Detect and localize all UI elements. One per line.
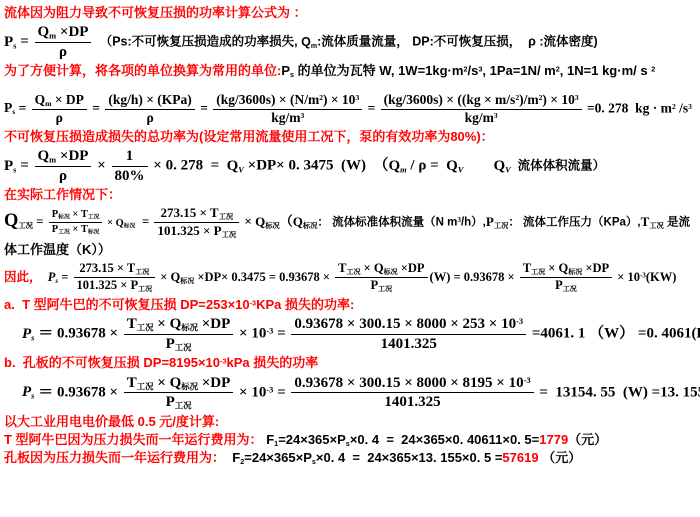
text-run: (kg/3600s) × (N/m: [216, 92, 319, 107]
numerator: T工况 × Q标况 ×DP: [520, 262, 612, 279]
variable-base: F: [266, 432, 274, 447]
variable-base: Q: [116, 218, 124, 229]
text-run: 以大工业用电电价最低 0.5 元/度计算:: [4, 414, 219, 429]
formula-ps-80: Ps = Qm ×DPρ × 180% × 0. 278 = QV ×DP× 0…: [4, 148, 696, 184]
variable-base: T: [127, 261, 135, 275]
variable-with-subscript: T工况: [127, 261, 149, 275]
denominator: P工况: [335, 278, 427, 294]
text-run: ＝ 0.93678 ×: [34, 326, 121, 342]
fraction: T工况 × Q标况 ×DPP工况: [124, 375, 234, 411]
denominator: kg/m3: [213, 110, 362, 126]
variable-base: Q: [4, 210, 18, 230]
text-run: a. T 型阿牛巴的不可恢复压损 DP=253×10: [4, 297, 250, 312]
superscript: -3: [516, 317, 523, 326]
text-run: / ρ =: [407, 158, 447, 174]
text-run: ρ: [59, 168, 67, 184]
variable-with-subscript: P工况: [166, 336, 192, 352]
denominator: 1401.325: [291, 335, 526, 353]
variable-base: P: [131, 278, 139, 292]
subscript: 标况: [88, 230, 100, 236]
text-run: ×: [157, 270, 170, 284]
subscript: 工况: [563, 285, 577, 293]
variable-with-subscript: P工况: [131, 278, 153, 292]
text-run: （元）: [568, 432, 607, 447]
text-run: =24×365×: [244, 450, 303, 465]
text-run: （: [280, 214, 293, 229]
subscript: 标况: [58, 215, 70, 221]
text-run: 为了方便计算，将各项的单位换算为常用的单位:: [4, 63, 281, 78]
fraction: P标况 × T工况P工况 × T标况: [49, 209, 103, 236]
variable-with-subscript: P工况: [555, 278, 577, 292]
subscript: 工况: [135, 268, 149, 276]
text-run: ×: [70, 224, 81, 235]
actual-condition-note: 在实际工作情况下：: [4, 187, 696, 203]
superscript: -3: [524, 376, 531, 385]
annual-cost-b: 孔板因为压力损失而一年运行费用为： F2=24×365×Ps×0. 4 = 24…: [4, 450, 696, 466]
text-run: × 10: [235, 384, 266, 400]
text-run: kg/m: [271, 110, 300, 125]
variable-with-subscript: Ps: [4, 158, 16, 174]
subscript: 工况: [531, 268, 545, 276]
superscript: 3: [575, 93, 579, 102]
variable-with-subscript: QV: [227, 158, 244, 174]
variable-with-subscript: F1: [266, 432, 278, 447]
text-run: /s: [468, 63, 479, 78]
numerator: (kg/3600s) × ((kg × m/s2)/m2) × 103: [381, 93, 582, 110]
numerator: Qm ×DP: [35, 148, 92, 167]
subscript: 标况: [181, 324, 198, 333]
fraction: T工况 × Q标况 ×DPP工况: [124, 316, 234, 352]
text-run: ＝ 0.93678 ×: [34, 384, 121, 400]
text-run: b. 孔板的不可恢复压损 DP=8195×10: [4, 355, 220, 370]
subscript: 工况: [138, 285, 152, 293]
denominator: kg/m3: [381, 110, 582, 126]
denominator: 101.325 × P工况: [154, 223, 239, 239]
variable-base: P: [4, 34, 13, 50]
variable-with-subscript: Q标况: [374, 261, 398, 275]
variable-base: P: [22, 384, 31, 400]
text-run: 孔板因为压力损失而一年运行费用为：: [4, 450, 225, 465]
calculation-document: 流体因为阻力导致不可恢复压损的功率计算公式为 ：Ps = Qm ×DPρ （Ps…: [4, 5, 696, 467]
text-run: =4061. 1 （W） =0. 4061(KW): [528, 326, 700, 342]
text-run: =: [364, 100, 378, 115]
variable-base: P: [22, 326, 31, 342]
variable-with-subscript: Q标况: [558, 261, 582, 275]
subscript: 标况: [265, 222, 280, 230]
text-run: 在实际工作情况下：: [4, 187, 121, 202]
text-run: ρ: [146, 110, 153, 125]
text-run: ×: [154, 316, 170, 332]
subscript: 工况: [88, 215, 100, 221]
fraction: Qm × DPρ: [32, 93, 87, 126]
variable-base: T: [127, 316, 137, 332]
denominator: ρ: [32, 110, 87, 126]
text-run: （Ps:不可恢复压损造成的功率损失,: [93, 35, 301, 49]
text-run: × 10: [235, 326, 266, 342]
text-run: 80%: [115, 168, 145, 184]
denominator: ρ: [35, 167, 92, 185]
formula-therefore: 因此， Ps = 273.15 × T工况101.325 × P工况 × Q标况…: [4, 262, 696, 294]
variable-base: Q: [170, 316, 182, 332]
variable-base: Q: [293, 214, 303, 229]
text-run: =24×365×: [278, 432, 337, 447]
text-run: ×: [545, 261, 558, 275]
denominator: 101.325 × P工况: [74, 278, 156, 294]
variable-base: Q: [446, 158, 458, 174]
text-run: ： 流体标准体积流量（N m: [317, 217, 457, 229]
fraction: 0.93678 × 300.15 × 8000 × 253 × 10-31401…: [291, 316, 526, 352]
denominator: P工况: [124, 393, 234, 411]
text-run: ×DP: [198, 316, 230, 332]
subscript: 工况: [175, 402, 192, 411]
case-b-title: b. 孔板的不可恢复压损 DP=8195×10-3kPa 损失的功率: [4, 355, 696, 371]
variable-base: Q: [374, 261, 384, 275]
text-run: , 1N=1 kg·m/ s: [560, 63, 651, 78]
variable-with-subscript: Q标况: [255, 214, 280, 229]
text-run: kPa 损失的功率: [226, 355, 318, 370]
numerator: 1: [112, 148, 148, 167]
variable-with-subscript: T工况: [210, 205, 233, 220]
text-run: 1779: [539, 432, 568, 447]
text-run: kg/m: [465, 110, 494, 125]
text-run: 1401.325: [384, 394, 440, 410]
denominator: 1401.325: [291, 393, 533, 411]
subscript: 工况: [219, 213, 234, 221]
variable-with-subscript: Q标况: [170, 375, 198, 391]
formula-case-a: Ps ＝ 0.93678 × T工况 × Q标况 ×DPP工况 × 10-3 =…: [4, 316, 696, 352]
variable-with-subscript: Ps: [281, 63, 294, 78]
text-run: (KW): [646, 270, 677, 284]
text-run: 273.15 ×: [160, 205, 209, 220]
variable-base: P: [166, 336, 175, 352]
subscript: 标况: [384, 268, 398, 276]
text-run: 体工作温度（K））: [4, 242, 111, 257]
text-run: ×DP: [582, 261, 609, 275]
numerator: (kg/3600s) × (N/m2) × 103: [213, 93, 362, 110]
text-run: =: [33, 214, 47, 229]
text-run: ×DP: [56, 148, 88, 164]
text-run: ) × 10: [542, 92, 574, 107]
variable-with-subscript: T标况: [81, 224, 100, 235]
subscript: 工况: [649, 222, 664, 230]
text-run: ×DP: [398, 261, 425, 275]
variable-base: Q: [493, 158, 505, 174]
fraction: T工况 × Q标况 ×DPP工况: [335, 262, 427, 294]
text-run: =: [273, 326, 289, 342]
variable-with-subscript: T工况: [338, 261, 360, 275]
text-run: 273.15 ×: [79, 261, 127, 275]
numerator: Qm ×DP: [35, 24, 92, 43]
denominator: P工况: [124, 335, 234, 353]
variable-with-subscript: Ps: [48, 270, 58, 284]
text-run: 57619: [502, 450, 538, 465]
subscript: 工况: [222, 231, 237, 239]
text-run: ×: [361, 261, 374, 275]
variable-base: P: [4, 158, 13, 174]
text-run: （元）: [539, 450, 582, 465]
text-run: ρ: [56, 110, 63, 125]
fraction: 0.93678 × 300.15 × 8000 × 8195 × 10-3140…: [291, 375, 533, 411]
numerator: 273.15 × T工况: [154, 206, 239, 223]
subscript: 工况: [137, 382, 154, 391]
fraction: Qm ×DPρ: [35, 148, 92, 184]
text-run: ×DP× 0.3475 = 0.93678 ×: [194, 270, 333, 284]
text-run: )/m: [519, 92, 539, 107]
text-run: ρ: [59, 44, 67, 60]
subscript: 标况: [124, 224, 136, 230]
annual-cost-a: T 型阿牛巴因为压力损失而一年运行费用为： F1=24×365×Ps×0. 4 …: [4, 432, 696, 448]
variable-base: P: [166, 394, 175, 410]
variable-with-subscript: Ps: [22, 326, 34, 342]
text-run: 流体体积流量）: [511, 159, 605, 173]
numerator: (kg/h) × (KPa): [105, 93, 194, 110]
variable-base: Q: [388, 158, 400, 174]
formula-unit-chain: Ps = Qm × DPρ = (kg/h) × (KPa)ρ = (kg/36…: [4, 93, 696, 126]
variable-with-subscript: QV: [493, 158, 510, 174]
variable-with-subscript: P工况: [214, 223, 236, 238]
variable-with-subscript: P工况: [371, 278, 393, 292]
variable-with-subscript: Qm: [388, 158, 406, 174]
numerator: T工况 × Q标况 ×DP: [124, 316, 234, 335]
subscript: 工况: [347, 268, 361, 276]
variable-base: T: [127, 375, 137, 391]
text-run: =: [58, 270, 71, 284]
denominator: ρ: [35, 43, 92, 61]
variable-with-subscript: Q工况: [4, 214, 33, 229]
text-run: ×DP: [56, 24, 88, 40]
superscript: 3: [300, 111, 304, 120]
subscript: 工况: [175, 343, 192, 352]
variable-base: P: [4, 100, 12, 115]
text-run: =: [197, 100, 211, 115]
text-run: ×DP× 0. 3475 (W) （: [244, 158, 389, 174]
fraction: 180%: [112, 148, 148, 184]
text-run: KPa 损失的功率:: [256, 297, 354, 312]
fraction: Qm ×DPρ: [35, 24, 92, 60]
variable-with-subscript: Ps: [4, 34, 16, 50]
variable-with-subscript: Q标况: [170, 316, 198, 332]
text-run: =0. 278 kg · m: [584, 100, 672, 115]
variable-base: Q: [558, 261, 568, 275]
variable-base: P: [486, 214, 494, 229]
variable-with-subscript: QV: [446, 158, 463, 174]
text-run: 101.325 ×: [77, 278, 131, 292]
numerator: P标况 × T工况: [49, 209, 103, 223]
subscript: 工况: [494, 222, 509, 230]
text-run: ×0. 4 = 24×365×13. 155×0. 5 =: [316, 450, 503, 465]
text-run: =: [15, 100, 29, 115]
variable-base: T: [641, 214, 650, 229]
variable-base: Q: [35, 92, 46, 107]
subscript: 标况: [568, 268, 582, 276]
text-run: 流体因为阻力导致不可恢复压损的功率计算公式为 ：: [4, 5, 307, 20]
variable-base: T: [210, 205, 219, 220]
text-run: /h）,: [461, 217, 486, 229]
fraction: 273.15 × T工况101.325 × P工况: [154, 206, 239, 239]
text-run: ×: [93, 158, 109, 174]
subscript: 工况: [18, 222, 33, 230]
superscript: 3: [494, 111, 498, 120]
text-run: 1401.325: [381, 336, 437, 352]
text-run: =: [135, 214, 152, 229]
numerator: Qm × DP: [32, 93, 87, 110]
denominator: 80%: [112, 167, 148, 185]
numerator: T工况 × Q标况 ×DP: [335, 262, 427, 279]
variable-with-subscript: P工况: [52, 224, 70, 235]
electricity-price-note: 以大工业用电电价最低 0.5 元/度计算:: [4, 414, 696, 430]
text-run: =: [16, 34, 32, 50]
text-run: ×DP: [198, 375, 230, 391]
superscript: 3: [688, 102, 692, 111]
subscript: 标况: [181, 382, 198, 391]
text-run: =: [89, 100, 103, 115]
variable-with-subscript: P标况: [52, 209, 70, 220]
text-run: ： 流体工作压力（KPa）,: [508, 217, 640, 229]
superscript: 2: [651, 65, 655, 74]
text-run: :流体质量流量， DP:不可恢复压损， ρ :流体密度): [317, 35, 598, 49]
text-run: ×0. 4 = 24×365×0. 40611×0. 5=: [350, 432, 539, 447]
variable-with-subscript: F2: [232, 450, 244, 465]
variable-with-subscript: T工况: [127, 375, 154, 391]
subscript: 标况: [180, 277, 194, 285]
variable-with-subscript: T工况: [127, 316, 154, 332]
variable-base: P: [281, 63, 290, 78]
text-run: =: [16, 158, 32, 174]
variable-base: T: [81, 209, 88, 220]
temp-note-continuation: 体工作温度（K））: [4, 242, 696, 258]
text-run: 的单位为瓦特 W, 1W=1kg·m: [294, 63, 463, 78]
formula-q-condition: Q工况 = P标况 × T工况P工况 × T标况 × Q标况 = 273.15 …: [4, 206, 696, 239]
variable-base: P: [337, 432, 346, 447]
text-run: 因此，: [4, 270, 42, 284]
variable-with-subscript: Ps: [303, 450, 316, 465]
variable-base: Q: [38, 24, 50, 40]
variable-with-subscript: T工况: [81, 209, 100, 220]
variable-base: P: [555, 278, 563, 292]
text-run: (W) = 0.93678 ×: [430, 270, 518, 284]
numerator: 273.15 × T工况: [74, 262, 156, 279]
denominator: P工况 × T标况: [49, 223, 103, 236]
text-run: ×: [241, 214, 255, 229]
variable-with-subscript: Ps: [22, 384, 34, 400]
variable-base: Q: [301, 35, 311, 49]
text-run: = 13154. 55 (W) =13. 155(KW): [536, 384, 700, 400]
variable-base: F: [232, 450, 240, 465]
variable-with-subscript: P工况: [486, 214, 508, 229]
text-run: × DP: [51, 92, 83, 107]
text-run: ×: [154, 375, 170, 391]
text-run: ×: [104, 218, 115, 229]
text-run: =: [273, 384, 289, 400]
text-run: 是流: [664, 217, 690, 229]
text-run: T 型阿牛巴因为压力损失而一年运行费用为：: [4, 432, 263, 447]
intro-title: 流体因为阻力导致不可恢复压损的功率计算公式为 ：: [4, 5, 696, 21]
formula-case-b: Ps ＝ 0.93678 × T工况 × Q标况 ×DPP工况 × 10-3 =…: [4, 375, 696, 411]
variable-with-subscript: Q标况: [293, 214, 318, 229]
total-power-note: 不可恢复压损造成损失的总功率为(设定常用流量使用工况下，泵的有效功率为80%)：: [4, 129, 696, 145]
text-run: 1: [126, 148, 134, 164]
fraction: (kg/h) × (KPa)ρ: [105, 93, 194, 126]
subscript: 标况: [303, 222, 318, 230]
fraction: 273.15 × T工况101.325 × P工况: [74, 262, 156, 294]
variable-with-subscript: T工况: [641, 214, 664, 229]
numerator: 0.93678 × 300.15 × 8000 × 253 × 10-3: [291, 316, 526, 335]
variable-base: T: [523, 261, 531, 275]
text-run: × 0. 278 =: [150, 158, 227, 174]
variable-base: T: [338, 261, 346, 275]
variable-with-subscript: Q标况: [116, 218, 136, 229]
variable-base: P: [303, 450, 312, 465]
variable-base: T: [81, 224, 88, 235]
text-run: 不可恢复压损造成损失的总功率为(设定常用流量使用工况下，泵的有效功率为80%)：: [4, 129, 494, 144]
text-run: /s: [676, 100, 688, 115]
subscript: 工况: [58, 230, 70, 236]
variable-with-subscript: Ps: [4, 100, 15, 115]
fraction: (kg/3600s) × ((kg × m/s2)/m2) × 103kg/m3: [381, 93, 582, 126]
variable-with-subscript: P工况: [166, 394, 192, 410]
denominator: P工况: [520, 278, 612, 294]
text-run: ) × 10: [323, 92, 355, 107]
text-run: 101.325 ×: [157, 223, 213, 238]
text-run: (kg/h) × (KPa): [108, 92, 191, 107]
variable-base: Q: [227, 158, 239, 174]
text-run: × 10: [614, 270, 640, 284]
variable-with-subscript: Ps: [337, 432, 350, 447]
variable-with-subscript: Qm: [38, 24, 57, 40]
variable-base: P: [214, 223, 222, 238]
case-a-title: a. T 型阿牛巴的不可恢复压损 DP=253×10-3KPa 损失的功率:: [4, 297, 696, 313]
numerator: 0.93678 × 300.15 × 8000 × 8195 × 10-3: [291, 375, 533, 394]
variable-base: Q: [170, 375, 182, 391]
fraction: T工况 × Q标况 ×DPP工况: [520, 262, 612, 294]
variable-with-subscript: Q标况: [171, 270, 195, 284]
variable-with-subscript: Qm: [35, 92, 52, 107]
unit-conversion-note: 为了方便计算，将各项的单位换算为常用的单位:Ps 的单位为瓦特 W, 1W=1k…: [4, 63, 696, 79]
variable-base: Q: [255, 214, 265, 229]
variable-base: Q: [171, 270, 181, 284]
variable-base: Q: [38, 148, 50, 164]
text-run: , 1Pa=1N/ m: [482, 63, 555, 78]
subscript: 工况: [137, 324, 154, 333]
variable-with-subscript: Qm: [38, 148, 57, 164]
fraction: (kg/3600s) × (N/m2) × 103kg/m3: [213, 93, 362, 126]
formula-ps-basic: Ps = Qm ×DPρ （Ps:不可恢复压损造成的功率损失, Qm:流体质量流…: [4, 24, 696, 60]
subscript: 工况: [378, 285, 392, 293]
text-run: 0.93678 × 300.15 × 8000 × 253 × 10: [294, 316, 516, 332]
numerator: T工况 × Q标况 ×DP: [124, 375, 234, 394]
variable-with-subscript: T工况: [523, 261, 545, 275]
text-run: 0.93678 × 300.15 × 8000 × 8195 × 10: [294, 375, 523, 391]
variable-with-subscript: Qm: [301, 35, 317, 49]
text-run: ×: [70, 209, 81, 220]
superscript: 3: [355, 93, 359, 102]
denominator: ρ: [105, 110, 194, 126]
text-run: (kg/3600s) × ((kg × m/s: [384, 92, 516, 107]
text-run: [463, 158, 493, 174]
